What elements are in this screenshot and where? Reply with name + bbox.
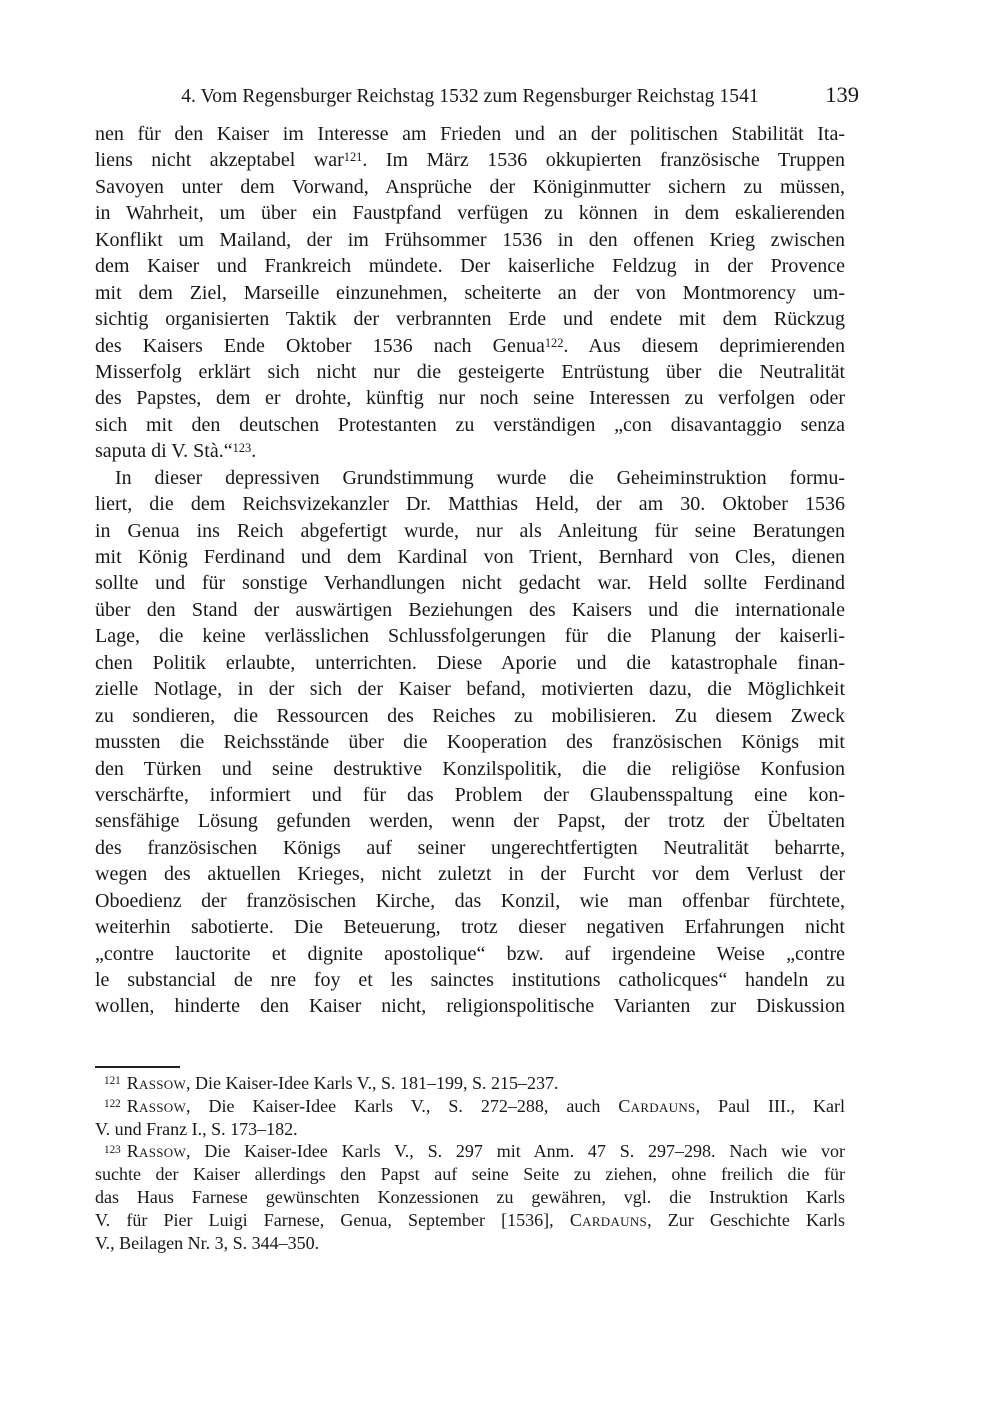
text-line: mit König Ferdinand und dem Kardinal von… — [95, 544, 845, 570]
text-line: zielle Notlage, in der sich der Kaiser b… — [95, 676, 845, 702]
text-line: liert, die dem Reichsvizekanzler Dr. Mat… — [95, 491, 845, 517]
text-line: mit dem Ziel, Marseille einzunehmen, sch… — [95, 280, 845, 306]
text-line: 122Rassow, Die Kaiser-Idee Karls V., S. … — [95, 1095, 845, 1118]
text-line: über den Stand der auswärtigen Beziehung… — [95, 597, 845, 623]
text-line: wollen, hinderte den Kaiser nicht, relig… — [95, 993, 845, 1019]
text-line: das Haus Farnese gewünschten Konzessione… — [95, 1186, 845, 1209]
text-line: chen Politik erlaubte, unterrichten. Die… — [95, 650, 845, 676]
text-line: nen für den Kaiser im Interesse am Fried… — [95, 121, 845, 147]
text-line: Lage, die keine verlässlichen Schlussfol… — [95, 623, 845, 649]
text-line: verschärfte, informiert und für das Prob… — [95, 782, 845, 808]
small-caps-name: Cardauns — [618, 1096, 695, 1116]
book-page: 4. Vom Regensburger Reichstag 1532 zum R… — [0, 0, 1004, 1418]
small-caps-name: Cardauns — [570, 1210, 647, 1230]
text-line: V., Beilagen Nr. 3, S. 344–350. — [95, 1232, 845, 1255]
text-line: weiterhin sabotierte. Die Beteuerung, tr… — [95, 914, 845, 940]
page-number: 139 — [825, 81, 859, 109]
text-line: „contre lauctorite et dignite apostoliqu… — [95, 941, 845, 967]
footnote-separator — [95, 1066, 180, 1068]
text-line: wegen des aktuellen Krieges, nicht zulet… — [95, 861, 845, 887]
footnote-ref: 122 — [104, 1098, 121, 1110]
text-line: sichtig organisierten Taktik der verbran… — [95, 306, 845, 332]
text-line: des Kaisers Ende Oktober 1536 nach Genua… — [95, 333, 845, 359]
text-line: den Türken und seine destruktive Konzils… — [95, 756, 845, 782]
small-caps-name: Rassow — [127, 1141, 186, 1161]
text-line: suchte der Kaiser allerdings den Papst a… — [95, 1163, 845, 1186]
text-line: sich mit den deutschen Protestanten zu v… — [95, 412, 845, 438]
text-line: liens nicht akzeptabel war121. Im März 1… — [95, 147, 845, 173]
text-line: saputa di V. Stà.“123. — [95, 438, 845, 464]
text-line: sensfähige Lösung gefunden werden, wenn … — [95, 808, 845, 834]
small-caps-name: Rassow — [127, 1073, 186, 1093]
footnote-ref: 122 — [545, 335, 564, 349]
footnote: 121Rassow, Die Kaiser-Idee Karls V., S. … — [95, 1072, 845, 1095]
text-line: dem Kaiser und Frankreich mündete. Der k… — [95, 253, 845, 279]
text-line: In dieser depressiven Grundstimmung wurd… — [95, 465, 845, 491]
text-line: in Genua ins Reich abgefertigt wurde, nu… — [95, 518, 845, 544]
footnote: 122Rassow, Die Kaiser-Idee Karls V., S. … — [95, 1095, 845, 1141]
text-line: 123Rassow, Die Kaiser-Idee Karls V., S. … — [95, 1140, 845, 1163]
body-paragraph: In dieser depressiven Grundstimmung wurd… — [95, 465, 845, 1020]
text-line: des Papstes, dem er drohte, künftig nur … — [95, 385, 845, 411]
footnote-ref: 123 — [104, 1144, 121, 1156]
text-line: V. und Franz I., S. 173–182. — [95, 1118, 845, 1141]
body-paragraph: nen für den Kaiser im Interesse am Fried… — [95, 121, 845, 465]
page-header: 4. Vom Regensburger Reichstag 1532 zum R… — [95, 84, 845, 112]
footnote-ref: 123 — [233, 441, 252, 455]
text-line: V. für Pier Luigi Farnese, Genua, Septem… — [95, 1209, 845, 1232]
text-line: Konflikt um Mailand, der im Frühsommer 1… — [95, 227, 845, 253]
text-line: in Wahrheit, um über ein Faustpfand verf… — [95, 200, 845, 226]
footnote-ref: 121 — [104, 1075, 121, 1087]
small-caps-name: Rassow — [127, 1096, 186, 1116]
text-line: sollte und für sonstige Verhandlungen ni… — [95, 570, 845, 596]
text-line: 121Rassow, Die Kaiser-Idee Karls V., S. … — [95, 1072, 845, 1095]
text-line: Misserfolg erklärt sich nicht nur die ge… — [95, 359, 845, 385]
text-line: des französischen Königs auf seiner unge… — [95, 835, 845, 861]
text-line: Savoyen unter dem Vorwand, Ansprüche der… — [95, 174, 845, 200]
text-line: zu sondieren, die Ressourcen des Reiches… — [95, 703, 845, 729]
body-text-block: nen für den Kaiser im Interesse am Fried… — [95, 121, 845, 1020]
footnotes-section: 121Rassow, Die Kaiser-Idee Karls V., S. … — [95, 1072, 845, 1254]
running-title: 4. Vom Regensburger Reichstag 1532 zum R… — [95, 84, 845, 110]
text-line: le substancial de nre foy et les saincte… — [95, 967, 845, 993]
footnote-ref: 121 — [344, 150, 363, 164]
footnote: 123Rassow, Die Kaiser-Idee Karls V., S. … — [95, 1140, 845, 1254]
text-line: Oboedienz der französischen Kirche, das … — [95, 888, 845, 914]
text-line: mussten die Reichsstände über die Kooper… — [95, 729, 845, 755]
